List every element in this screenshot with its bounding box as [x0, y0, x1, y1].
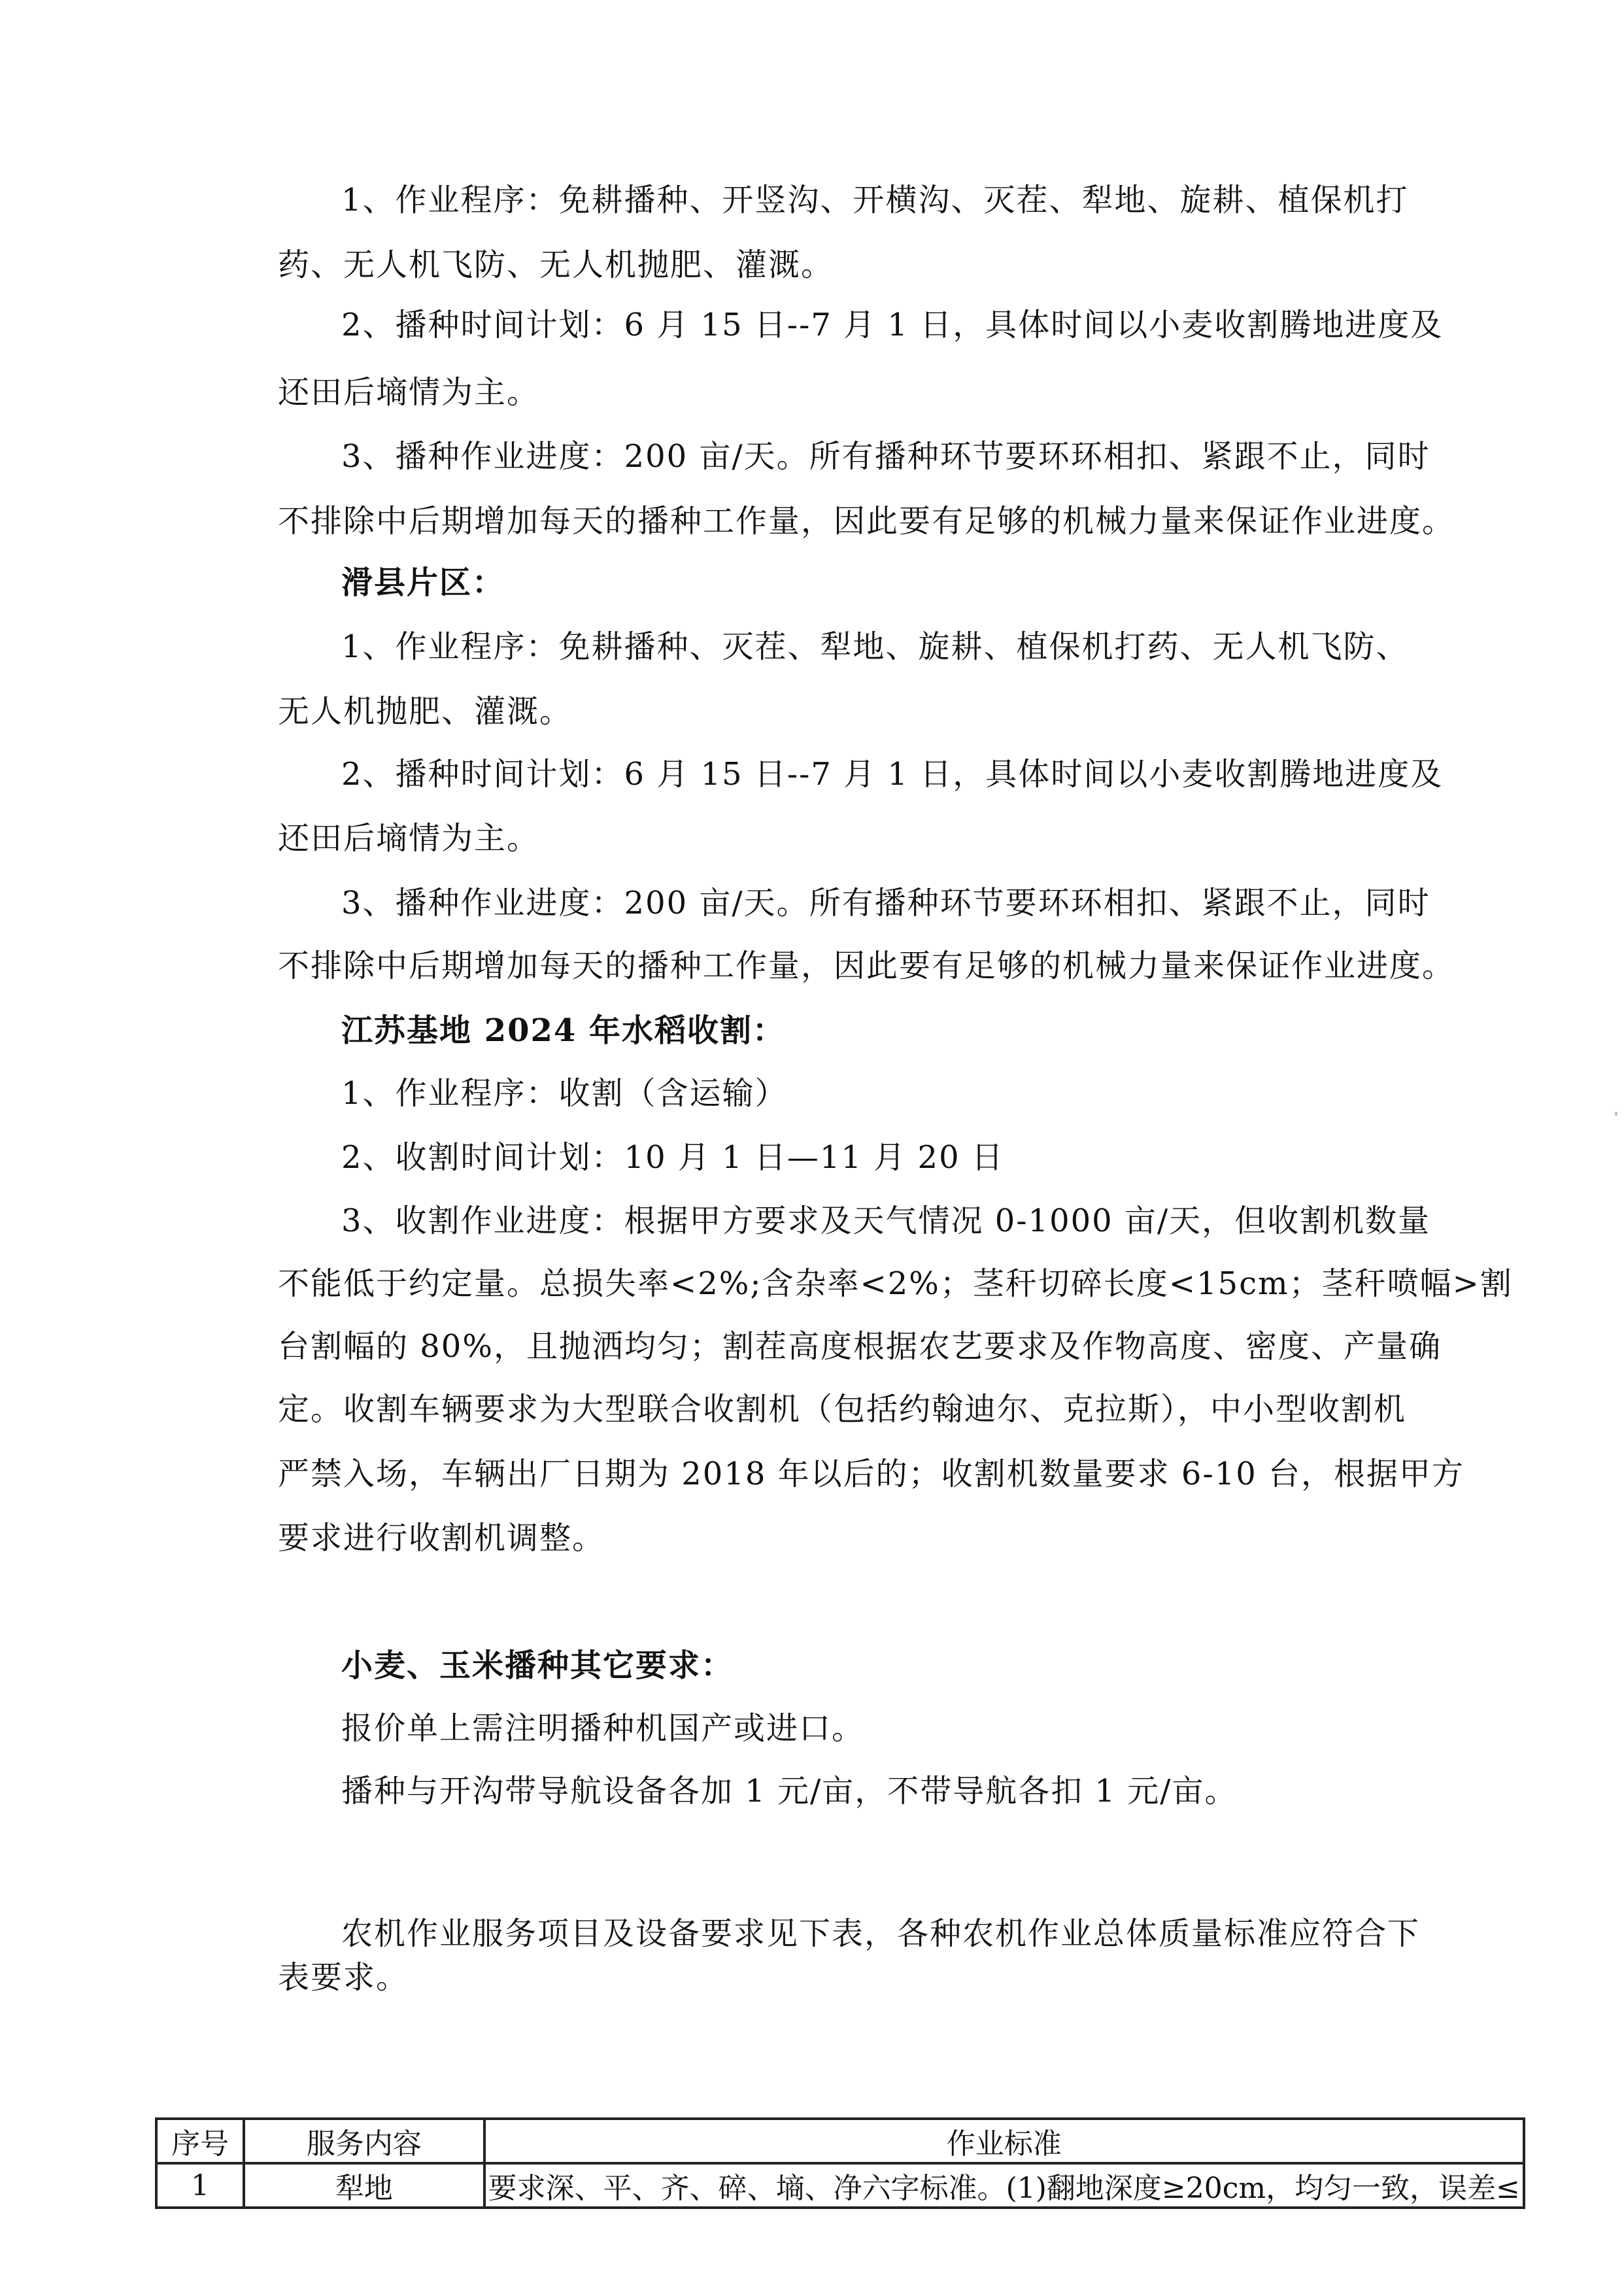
section-heading: 滑县片区：	[341, 563, 505, 602]
paragraph-line: 无人机抛肥、灌溉。	[278, 692, 572, 731]
cell-standard: 要求深、平、齐、碎、墒、净六字标准。(1)翻地深度≥20cm，均匀一致，误差≤	[484, 2163, 1524, 2208]
paragraph-line: 药、无人机飞防、无人机抛肥、灌溉。	[278, 245, 834, 284]
paragraph-line: 不排除中后期增加每天的播种工作量，因此要有足够的机械力量来保证作业进度。	[278, 502, 1455, 541]
paragraph-line: 2、播种时间计划：6 月 15 日--7 月 1 日，具体时间以小麦收割腾地进度…	[341, 755, 1443, 794]
paragraph-line: 报价单上需注明播种机国产或进口。	[341, 1709, 864, 1748]
section-heading: 江苏基地 2024 年水稻收割：	[341, 1011, 785, 1050]
paragraph-line: 要求进行收割机调整。	[278, 1518, 605, 1558]
header-seq: 序号	[156, 2119, 244, 2163]
paragraph-line: 表要求。	[278, 1958, 409, 1997]
paragraph-line: 3、播种作业进度：200 亩/天。所有播种环节要环环相扣、紧跟不止，同时	[341, 437, 1430, 476]
section-heading: 小麦、玉米播种其它要求：	[341, 1646, 734, 1685]
paragraph-line: 3、收割作业进度：根据甲方要求及天气情况 0-1000 亩/天，但收割机数量	[341, 1201, 1430, 1241]
paragraph-line: 播种与开沟带导航设备各加 1 元/亩，不带导航各扣 1 元/亩。	[341, 1772, 1237, 1811]
paragraph-line: 严禁入场，车辆出厂日期为 2018 年以后的；收割机数量要求 6-10 台，根据…	[278, 1454, 1464, 1494]
paragraph-line: 农机作业服务项目及设备要求见下表，各种农机作业总体质量标准应符合下	[341, 1914, 1420, 1953]
paragraph-line: 台割幅的 80%，且抛洒均匀；割茬高度根据农艺要求及作物高度、密度、产量确	[278, 1327, 1442, 1366]
cell-service: 犁地	[244, 2163, 484, 2208]
scan-speck	[1615, 1112, 1617, 1116]
paragraph-line: 1、作业程序：收割（含运输）	[341, 1074, 788, 1113]
paragraph-line: 2、播种时间计划：6 月 15 日--7 月 1 日，具体时间以小麦收割腾地进度…	[341, 305, 1443, 345]
paragraph-line: 1、作业程序：免耕播种、开竖沟、开横沟、灭茬、犁地、旋耕、植保机打	[341, 180, 1409, 220]
paragraph-line: 不排除中后期增加每天的播种工作量，因此要有足够的机械力量来保证作业进度。	[278, 946, 1455, 985]
paragraph-line: 不能低于约定量。总损失率<2%;含杂率<2%；茎秆切碎长度<15cm；茎秆喷幅>…	[278, 1264, 1513, 1303]
table-header-row: 序号 服务内容 作业标准	[156, 2119, 1524, 2163]
cell-seq: 1	[156, 2163, 244, 2208]
header-service: 服务内容	[244, 2119, 484, 2163]
paragraph-line: 定。收割车辆要求为大型联合收割机（包括约翰迪尔、克拉斯），中小型收割机	[278, 1390, 1406, 1429]
paragraph-line: 还田后墒情为主。	[278, 373, 539, 412]
paragraph-line: 2、收割时间计划：10 月 1 日—11 月 20 日	[341, 1138, 1004, 1177]
paragraph-line: 3、播种作业进度：200 亩/天。所有播种环节要环环相扣、紧跟不止，同时	[341, 883, 1430, 923]
table-row: 1 犁地 要求深、平、齐、碎、墒、净六字标准。(1)翻地深度≥20cm，均匀一致…	[156, 2163, 1524, 2208]
paragraph-line: 还田后墒情为主。	[278, 819, 539, 858]
paragraph-line: 1、作业程序：免耕播种、灭茬、犁地、旋耕、植保机打药、无人机飞防、	[341, 627, 1409, 666]
standards-table: 序号 服务内容 作业标准 1 犁地 要求深、平、齐、碎、墒、净六字标准。(1)翻…	[155, 2117, 1525, 2209]
header-standard: 作业标准	[484, 2119, 1524, 2163]
